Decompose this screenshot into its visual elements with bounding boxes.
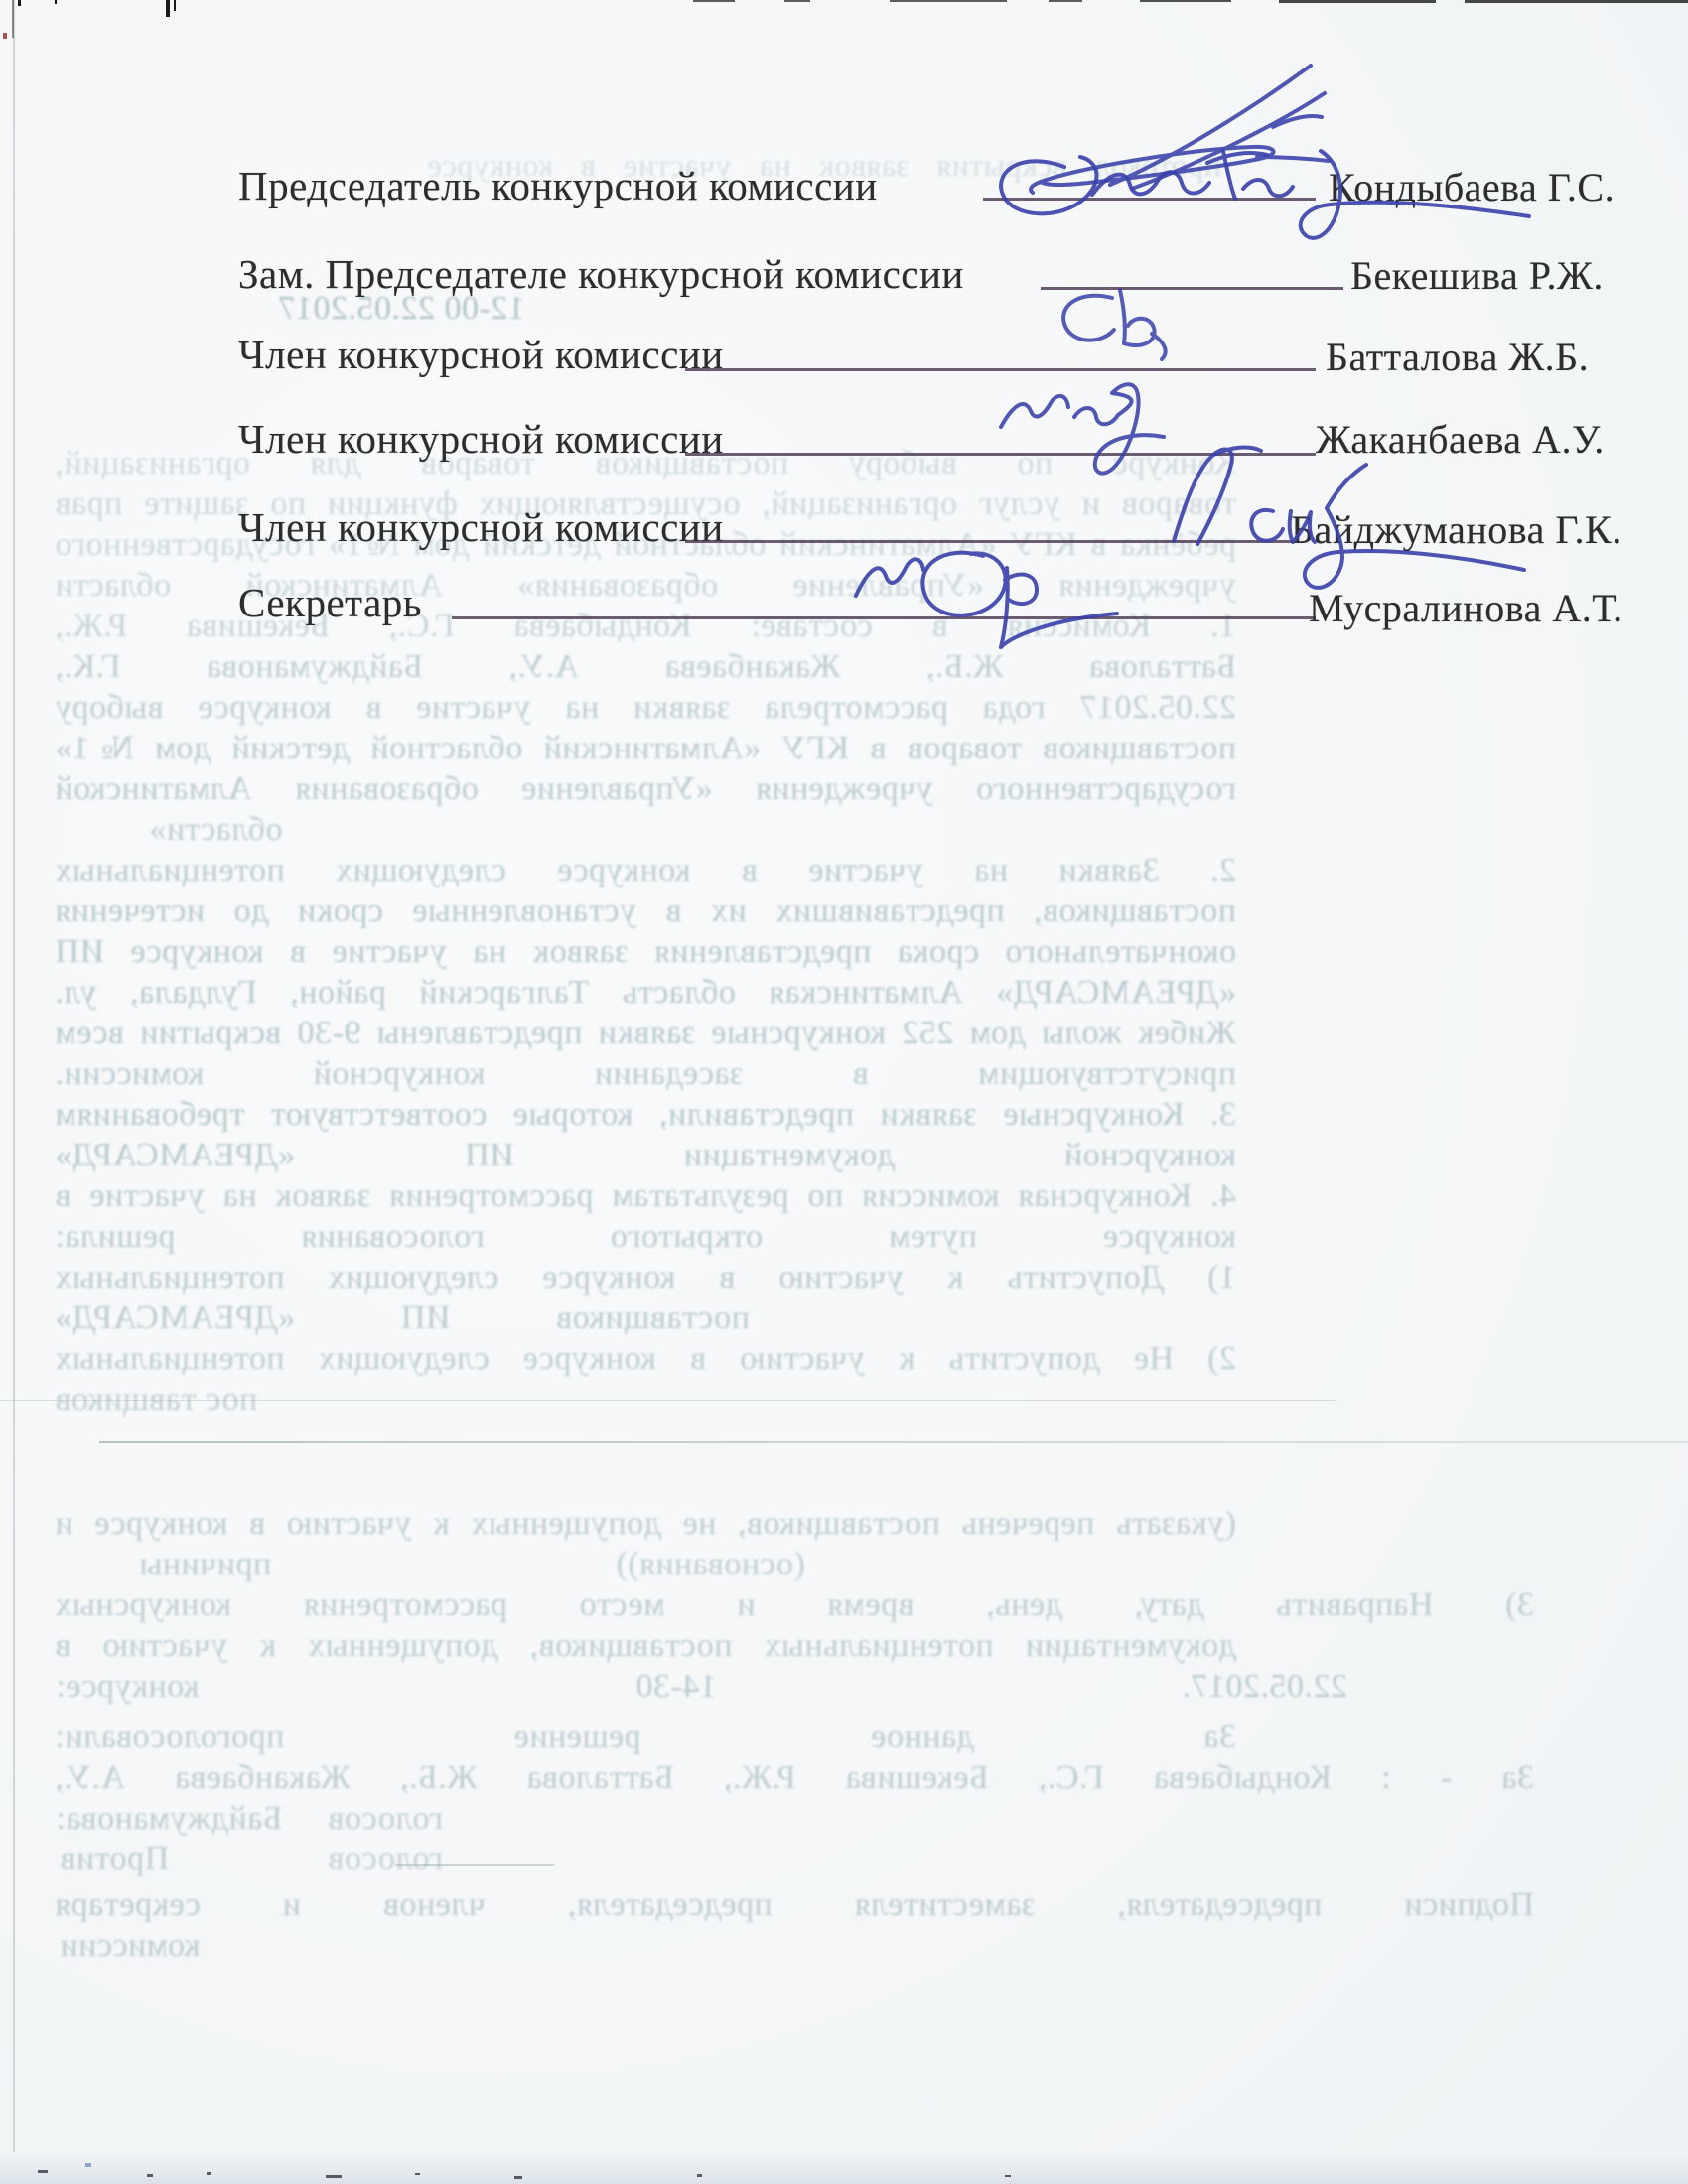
scan-artifact-red-dot <box>3 33 7 39</box>
bleed-through-text-line: 2) Не допустить к участию в конкурсе сле… <box>55 1340 1236 1378</box>
signature-row-label: Зам. Председателе конкурсной комиссии <box>238 250 964 298</box>
bleed-through-text-line: причины <box>139 1546 271 1583</box>
bleed-through-text-line: Байджуманова: <box>56 1800 282 1838</box>
scan-artifact <box>784 0 810 2</box>
bleed-through-text-line: голосов <box>328 1800 443 1838</box>
scanner-edge-strip <box>0 2152 1688 2184</box>
scan-artifact <box>166 0 170 17</box>
signatory-name: Мусралинова А.Т. <box>1309 585 1623 631</box>
signature-line <box>685 540 1293 543</box>
bleed-through-text-line: конкурсе: <box>56 1668 200 1706</box>
bleed-through-text-line: конкурсной документации ИП «ДРЕАМСАРД» <box>55 1137 1236 1174</box>
scan-artifact <box>1049 0 1082 2</box>
bleed-through-text-line: Против <box>60 1841 169 1878</box>
signature-row-label: Член конкурсной комиссии <box>238 503 724 551</box>
bleed-through-text-line: конкурсе путем открытого голосования реш… <box>55 1218 1236 1256</box>
page-edge-shadow <box>13 0 15 2156</box>
signature-line <box>983 198 1316 201</box>
bleed-through-text-line: 2. Заявки на участие в конкурсе следующи… <box>55 852 1236 889</box>
bleed-through-text-line: голосов <box>328 1841 443 1878</box>
signature-line <box>452 616 1316 619</box>
bleed-through-text-line: (указать перечень поставщиков, не допуще… <box>55 1505 1236 1543</box>
scan-artifact <box>174 0 176 11</box>
signature-line <box>685 453 1316 456</box>
bleed-through-text-line: поставщиков товаров в КГУ «Алматинский о… <box>55 730 1236 767</box>
bleed-through-text-line: Жибек жолы дом 252 конкурсные заявки пре… <box>55 1015 1236 1052</box>
bleed-rule <box>99 1441 1688 1443</box>
bleed-through-text-line: За данное решение проголосовали: <box>55 1718 1236 1756</box>
bleed-through-text-line: Батталова Ж.Б., Жаканбаева А.У., Байджум… <box>55 648 1236 686</box>
bleed-through-text-line: государственного учреждения «Управление … <box>55 770 1236 808</box>
signature-row-label: Член конкурсной комиссии <box>238 331 724 378</box>
signature-row-label: Секретарь <box>238 579 422 626</box>
signatory-name: Бекешива Р.Ж. <box>1350 252 1604 299</box>
bleed-through-text-line: учреждения «Управление образования» Алма… <box>55 567 1236 605</box>
signatory-name: Жаканбаева А.У. <box>1316 416 1605 463</box>
bleed-through-text-line: 4. Конкурсная комиссия по результатам ра… <box>55 1177 1236 1215</box>
signature-row-label: Председатель конкурсной комиссии <box>238 162 878 209</box>
scan-artifact <box>1465 0 1688 3</box>
signature-line <box>685 368 1316 371</box>
signature-row-label: Член конкурсной комиссии <box>238 415 724 463</box>
bleed-through-text-line: документации потенциальных поставщиков, … <box>55 1627 1236 1665</box>
bleed-through-text-line: области» <box>149 811 283 849</box>
bleed-through-layer: протокол вскрытия заявок на участие в ко… <box>0 0 1688 2184</box>
scan-artifact <box>18 0 21 6</box>
bleed-through-text-line: За - : Кондыбаева Г.С., Бекешива Р.Ж., Б… <box>55 1759 1534 1797</box>
bleed-through-text-line: «ДРЕАМСАРД» Алматинская область Талгарск… <box>55 974 1236 1012</box>
bleed-through-text-line: 1) Допустить к участию в конкурсе следую… <box>55 1259 1236 1297</box>
scan-artifact <box>1140 0 1231 2</box>
bleed-through-text-line: поставщиков, представивших их в установл… <box>55 892 1236 930</box>
scan-artifact <box>1279 0 1436 3</box>
bleed-through-text-line: присутствующим в заседании конкурсной ко… <box>55 1055 1236 1093</box>
bleed-through-text-line: 14-30 <box>635 1668 717 1706</box>
signatory-name: Батталова Ж.Б. <box>1326 334 1589 380</box>
signature-line <box>1041 287 1343 290</box>
bleed-through-text-line: окончательного срока представления заяво… <box>55 933 1236 971</box>
bleed-rule <box>395 1864 554 1866</box>
bleed-through-text-line: 3) Направить дату, день, время и место р… <box>55 1586 1534 1624</box>
bleed-through-text-line: 22.05.2017. <box>1182 1668 1347 1706</box>
scan-artifact <box>890 0 1007 2</box>
bleed-through-text-line: 3. Конкурсные заявки представили, которы… <box>55 1096 1236 1134</box>
scanned-document-page: протокол вскрытия заявок на участие в ко… <box>0 0 1688 2184</box>
scan-artifact <box>693 0 735 2</box>
scan-artifact <box>12 0 14 38</box>
bleed-through-text-line: поставщиков ИП «ДРЕАМСАРД» <box>55 1299 750 1337</box>
bleed-through-text-line: (основания)) <box>616 1546 805 1583</box>
bleed-through-text-line: 22.05.2017 года рассмотрела заявки на уч… <box>55 689 1236 727</box>
bleed-through-text-line: Подписи председателя, заместителя предсе… <box>55 1886 1534 1924</box>
bleed-through-text-line: 1. Комиссия в составе: Кондыбаева Г.С., … <box>55 608 1236 645</box>
scan-artifact <box>55 0 57 4</box>
bleed-through-text-line: комиссии <box>60 1927 200 1965</box>
signatory-name: Кондыбаева Г.С. <box>1329 164 1615 210</box>
bleed-rule <box>0 1400 1336 1401</box>
signatory-name: Байджуманова Г.К. <box>1291 506 1622 553</box>
